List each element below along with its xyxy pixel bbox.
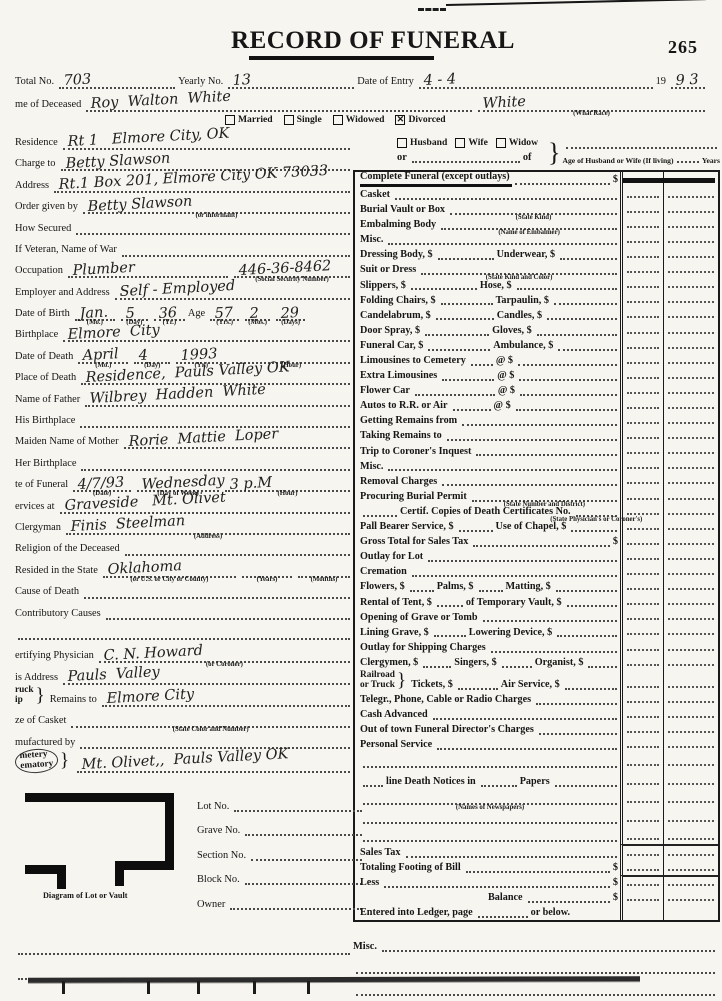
amount-dotted-line	[668, 286, 714, 288]
fill-line: Rt 1 Elmore City, OK	[63, 135, 350, 150]
row-segments: AddressRt.1 Box 201, Elmore City OK 7303…	[15, 178, 353, 193]
dotted-leader: (Name of Embalmer)	[441, 225, 617, 230]
row-segments: ervices atGraveside Mt. Olivet	[15, 499, 353, 514]
dotted-leader	[517, 285, 617, 290]
amount-cents-cell	[663, 534, 718, 549]
row-segments: Flower Car@ $	[360, 386, 620, 398]
row-segments: Flowers, $Palms, $Matting, $	[360, 582, 620, 594]
amount-dotted-line	[668, 701, 714, 703]
printed-label: Suit or Dress	[360, 265, 418, 277]
amount-dotted-line	[668, 838, 714, 840]
dotted-leader	[388, 240, 617, 245]
handwritten-value: 703	[63, 73, 91, 89]
amount-dotted-line	[627, 196, 659, 198]
printed-label: Religion of the Deceased	[15, 544, 122, 556]
amount-cents-cell	[663, 737, 718, 752]
handwritten-value: White	[482, 95, 526, 112]
printed-label: Misc.	[360, 462, 385, 474]
amount-dotted-line	[627, 838, 659, 840]
form-row: ClergymanFinis Steelman(Address)	[15, 514, 353, 535]
fill-line: Rt.1 Box 201, Elmore City OK 73033	[54, 178, 350, 193]
amount-dotted-line	[627, 884, 659, 886]
amount-dotted-line	[627, 482, 659, 484]
dotted-leader	[571, 527, 617, 532]
brace-lines: ruckip	[15, 686, 34, 706]
amount-cents-cell	[663, 398, 718, 413]
amount-dotted-line	[668, 392, 714, 394]
charge-row: Personal Service	[355, 737, 718, 752]
charge-row: Extra Limousines@ $	[355, 368, 718, 383]
form-row: ResidenceRt 1 Elmore City, OK	[15, 129, 353, 150]
amount-dollars-cell	[620, 890, 663, 905]
fill-line: Graveside Mt. Olivet	[60, 499, 350, 514]
amount-dotted-line	[627, 211, 659, 213]
dotted-leader	[566, 144, 717, 149]
form-row: me of DeceasedRoy Walton WhiteWhite(What…	[15, 89, 708, 112]
dotted-leader	[363, 512, 397, 517]
amount-dollars-cell	[620, 428, 663, 443]
dotted-leader	[437, 602, 463, 607]
fill-line: Pauls Valley	[63, 670, 350, 685]
fill-line	[80, 734, 350, 749]
row-segments: Maiden Name of MotherRorie Mattie Loper	[15, 434, 353, 449]
form-row: Resided in the StateOklahoma(or U.S. or …	[15, 556, 353, 577]
row-segments: Taking Remains to	[360, 431, 620, 443]
dotted-leader	[447, 436, 617, 441]
row-segments	[360, 763, 620, 770]
amount-cents-cell	[663, 594, 718, 609]
amount-cents-cell	[663, 639, 718, 654]
printed-label: Outlay for Lot	[360, 552, 425, 564]
row-segments: Her Birthplace	[15, 456, 353, 471]
amount-dotted-line	[668, 377, 714, 379]
fill-line	[106, 605, 350, 620]
fill-line	[81, 456, 350, 471]
amount-dollars-cell	[620, 262, 663, 277]
form-row	[15, 620, 353, 641]
page-title: RECORD OF FUNERAL	[231, 27, 515, 55]
diagram-bottom-right-stub	[115, 870, 124, 886]
checkbox-label: Married	[238, 115, 273, 125]
row-segments: Procuring Burial Permit(State Number and…	[360, 492, 620, 504]
charge-row: Clergymen, $Singers, $Organist, $	[355, 655, 718, 670]
checkbox-wife: Wife	[455, 138, 488, 148]
form-row: ze of Casket(State Color and Number)	[15, 707, 353, 728]
amount-dotted-line	[627, 332, 659, 334]
charge-row: Slippers, $Hose, $	[355, 277, 718, 292]
amount-dotted-line	[627, 764, 659, 766]
row-segments: Suit or Dress(State Kind and Color)	[360, 265, 620, 277]
checkbox-box	[333, 115, 343, 125]
amount-dollars-cell	[620, 722, 663, 737]
dotted-leader	[412, 158, 520, 163]
fill-line: 29(Days)	[276, 306, 305, 321]
charge-row: Pall Bearer Service, $Use of Chapel, $	[355, 519, 718, 534]
amount-dotted-line	[668, 422, 714, 424]
printed-label: Less	[360, 878, 381, 890]
amount-dollars-cell	[620, 383, 663, 398]
dotted-leader	[442, 481, 617, 486]
row-segments: Burial Vault or Box(State Kind)	[360, 205, 620, 217]
form-row: Date of DeathApril(Mo.)4(Day)1993(Yr.)(H…	[15, 342, 353, 363]
misc-line: Misc.	[353, 932, 718, 954]
amount-cents-cell	[663, 549, 718, 564]
dotted-leader	[556, 587, 617, 592]
checkbox-box	[455, 138, 465, 148]
row-segments: Grave No.	[197, 826, 365, 838]
amount-dotted-line	[627, 226, 659, 228]
amount-cents-cell	[663, 770, 718, 789]
printed-label: Flower Car	[360, 386, 412, 398]
amount-cents-cell	[663, 905, 718, 920]
printed-label: Occupation	[15, 266, 65, 278]
fill-line: 3 p.M(Hour)	[225, 477, 350, 492]
dotted-leader	[438, 255, 494, 260]
printed-label: $	[613, 878, 620, 890]
row-segments: mufactured by	[15, 734, 353, 749]
form-row: Block No.	[197, 863, 365, 888]
dotted-leader	[442, 376, 494, 381]
printed-label: Casket	[360, 190, 392, 202]
printed-label: Telegr., Phone, Cable or Radio Charges	[360, 695, 533, 707]
dotted-leader	[519, 376, 617, 381]
amount-dotted-line	[627, 618, 659, 620]
amount-dollars-cell	[620, 534, 663, 549]
dotted-leader	[18, 635, 350, 640]
fill-line: 36(Yr.)	[154, 306, 185, 321]
charge-row: Railroador Truck}Tickets, $Air Service, …	[355, 670, 718, 692]
amount-dotted-line	[627, 437, 659, 439]
printed-label: His Birthplace	[15, 416, 77, 428]
printed-label: Residence	[15, 138, 60, 150]
row-segments: Outlay for Shipping Charges	[360, 643, 620, 655]
amount-dotted-line	[627, 869, 659, 871]
dotted-leader	[363, 837, 617, 842]
printed-label: Folding Chairs, $	[360, 296, 438, 308]
charge-row: Embalming Body(Name of Embalmer)	[355, 217, 718, 232]
amount-dollars-cell	[620, 488, 663, 503]
amount-dollars-cell	[620, 875, 663, 890]
printed-label: Block No.	[197, 875, 242, 887]
dotted-leader	[251, 856, 362, 861]
printed-label: Limousines to Cemetery	[360, 356, 468, 368]
dotted-leader	[428, 346, 490, 351]
amount-cents-cell	[663, 624, 718, 639]
form-row: mufactured by	[15, 728, 353, 749]
printed-label: How Secured	[15, 224, 73, 236]
row-segments: Folding Chairs, $Tarpaulin, $	[360, 296, 620, 308]
amount-dotted-line	[627, 899, 659, 901]
printed-label: Opening of Grave or Tomb	[360, 613, 480, 625]
diagram-bottom-left-stub	[57, 874, 66, 889]
printed-label: Date of Birth	[15, 309, 72, 321]
form-row: Name of FatherWilbrey Hadden White	[15, 385, 353, 406]
amount-dotted-line	[627, 801, 659, 803]
charge-row: Balance$	[355, 890, 718, 905]
printed-label: Cause of Death	[15, 587, 81, 599]
printed-label: Matting, $	[506, 582, 553, 594]
spouse-or-of-line: or of	[397, 151, 546, 165]
amount-dotted-line	[668, 482, 714, 484]
dotted-leader: (State Kind and Color)	[421, 270, 617, 275]
amount-dollars-cell	[620, 655, 663, 670]
dotted-leader	[230, 905, 362, 910]
amount-cents-cell	[663, 722, 718, 737]
printed-label: Extra Limousines	[360, 371, 439, 383]
printed-label: Grave No.	[197, 826, 242, 838]
printed-label: Maiden Name of Mother	[15, 437, 121, 449]
printed-label: @ $	[494, 401, 513, 413]
fill-line: C. N. Howard(or Coroner)	[99, 648, 350, 663]
printed-label: Balance	[488, 893, 525, 905]
amount-cents-cell	[663, 875, 718, 890]
dotted-leader	[677, 158, 699, 163]
dotted-leader	[382, 947, 715, 952]
charge-row: Out of town Funeral Director's Charges	[355, 722, 718, 737]
amount-cents-cell	[663, 707, 718, 722]
fill-line	[76, 220, 350, 235]
dotted-leader	[423, 663, 451, 668]
amount-dollars-cell	[620, 413, 663, 428]
bottom-right-lines: Misc.	[353, 932, 722, 1001]
amount-dollars-cell	[620, 368, 663, 383]
amount-dollars-cell	[620, 692, 663, 707]
form-row: Place of DeathResidence, Pauls Valley OK	[15, 364, 353, 385]
printed-label: te of Funeral	[15, 480, 70, 492]
row-segments: Name of FatherWilbrey Hadden White	[15, 392, 353, 407]
charge-row: Candelabrum, $Candles, $	[355, 307, 718, 322]
handwritten-value: Plumber	[72, 260, 135, 278]
amount-dotted-line	[668, 498, 714, 500]
amount-dotted-line	[668, 407, 714, 409]
dotted-leader	[476, 451, 617, 456]
fill-line: Elmore City	[102, 692, 350, 707]
amount-dollars-cell	[620, 519, 663, 534]
printed-label: $	[613, 175, 620, 187]
charge-row: Cash Advanced	[355, 707, 718, 722]
dotted-leader: (State Number and District)	[472, 497, 617, 502]
printed-label: Rental of Tent, $	[360, 598, 434, 610]
amount-dotted-line	[668, 362, 714, 364]
amount-dollars-cell	[620, 752, 663, 771]
charge-row: Outlay for Shipping Charges	[355, 639, 718, 654]
handwritten-value: 13	[232, 73, 251, 88]
amount-dotted-line	[668, 664, 714, 666]
printed-label: of Temporary Vault, $	[466, 598, 564, 610]
title-underline	[249, 56, 434, 60]
fill-line: (State Color and Number)	[71, 713, 350, 728]
charge-row: Removal Charges	[355, 473, 718, 488]
printed-label: @ $	[497, 371, 516, 383]
printed-label: Name of Father	[15, 395, 82, 407]
dotted-leader	[560, 255, 617, 260]
amount-dotted-line	[668, 558, 714, 560]
form-row: How Secured	[15, 214, 353, 235]
printed-label: Her Birthplace	[15, 459, 78, 471]
checkbox-widowed: Widowed	[333, 115, 385, 125]
form-row: His Birthplace	[15, 407, 353, 428]
charge-row: Totaling Footing of Bill$	[355, 860, 718, 875]
row-segments: Out of town Funeral Director's Charges	[360, 725, 620, 737]
amount-dotted-line	[668, 573, 714, 575]
amount-cents-cell	[663, 262, 718, 277]
printed-label: Contributory Causes	[15, 609, 103, 621]
form-row: is AddressPauls Valley	[15, 663, 353, 684]
blank-line	[15, 932, 353, 957]
row-segments: If Veteran, Name of War	[15, 242, 353, 257]
diagram-right-bar	[165, 793, 174, 870]
spouse-checkboxes: HusbandWifeWidow	[397, 136, 546, 151]
handwritten-value: Betty Slawson	[65, 151, 170, 171]
printed-label: $	[613, 863, 620, 875]
printed-label: Slippers, $	[360, 281, 408, 293]
scanned-funeral-record-page: { "meta": {"title": "RECORD OF FUNERAL",…	[0, 0, 722, 1001]
row-segments: Entered into Ledger, pageor below.	[360, 908, 620, 920]
row-segments: Complete Funeral (except outlays)$	[360, 172, 620, 187]
amount-cents-cell	[663, 202, 718, 217]
printed-label: Funeral Car, $	[360, 341, 425, 353]
printed-label: Employer and Address	[15, 288, 112, 300]
printed-label: is Address	[15, 673, 60, 685]
row-segments: Sales Tax	[360, 848, 620, 860]
amount-dotted-line	[668, 783, 714, 785]
dotted-leader	[479, 587, 503, 592]
amount-dotted-line	[668, 211, 714, 213]
fill-line: Oklahoma(or U.S. or City or County)	[103, 563, 236, 578]
fill-line: 13	[228, 74, 354, 89]
printed-label: Candles, $	[497, 311, 544, 323]
row-segments: Removal Charges	[360, 477, 620, 489]
dotted-leader: (State Physician's or Coroner's)	[576, 512, 617, 517]
handwritten-value: Elmore City	[106, 688, 194, 707]
amount-cents-cell	[663, 579, 718, 594]
charge-row: Certif. Copies of Death Certificates No.…	[355, 504, 718, 519]
sub-label: (What Race)	[573, 111, 610, 118]
checkbox-box	[496, 138, 506, 148]
dotted-leader	[565, 685, 617, 690]
brace-label: meteryematory}	[15, 749, 71, 773]
amount-dollars-cell	[620, 549, 663, 564]
dotted-leader	[502, 663, 532, 668]
spouse-block: HusbandWifeWidow or of } Age of Husband …	[397, 129, 720, 165]
printed-label: Palms, $	[437, 582, 476, 594]
amount-dotted-line	[627, 362, 659, 364]
amount-dotted-line	[668, 437, 714, 439]
amount-cents-cell	[663, 890, 718, 905]
amount-dotted-line	[668, 686, 714, 688]
printed-label: line Death Notices in	[386, 777, 478, 789]
handwritten-value: Self - Employed	[119, 279, 235, 300]
printed-label: Gross Total for Sales Tax	[360, 537, 470, 549]
printed-label: Procuring Burial Permit	[360, 492, 469, 504]
dotted-leader	[520, 391, 617, 396]
dotted-leader	[539, 730, 617, 735]
amount-cents-cell	[663, 413, 718, 428]
amount-dotted-line	[668, 543, 714, 545]
amount-dotted-line	[668, 241, 714, 243]
charge-row: Lining Grave, $Lowering Device, $	[355, 624, 718, 639]
printed-label: Pall Bearer Service, $	[360, 522, 456, 534]
row-segments: Pall Bearer Service, $Use of Chapel, $	[360, 522, 620, 534]
amount-dotted-line	[627, 649, 659, 651]
dotted-leader	[555, 782, 617, 787]
bottom-section: Misc.	[0, 932, 722, 1001]
left-fields: ResidenceRt 1 Elmore City, OKCharge toBe…	[15, 129, 353, 773]
fill-line: 9 3	[671, 74, 705, 89]
printed-label: $	[613, 893, 620, 905]
dotted-leader	[434, 632, 466, 637]
dotted-leader	[356, 991, 715, 996]
row-segments: Extra Limousines@ $	[360, 371, 620, 383]
printed-label: Out of town Funeral Director's Charges	[360, 725, 536, 737]
dotted-leader	[406, 853, 618, 858]
charge-row: Folding Chairs, $Tarpaulin, $	[355, 292, 718, 307]
printed-label: Total No.	[15, 77, 56, 89]
charge-row: Funeral Car, $Ambulance, $	[355, 338, 718, 353]
fill-line: 703	[59, 74, 175, 89]
charge-row: Rental of Tent, $of Temporary Vault, $	[355, 594, 718, 609]
handwritten-value: 3 p.M	[229, 475, 272, 492]
fill-line: Residence, Pauls Valley OK	[81, 370, 350, 385]
amount-dotted-line	[668, 603, 714, 605]
row-segments: How Secured	[15, 220, 353, 235]
amount-dollars-cell	[620, 247, 663, 262]
dotted-leader	[437, 745, 617, 750]
charge-row: Gross Total for Sales Tax$	[355, 534, 718, 549]
charge-row: Flowers, $Palms, $Matting, $	[355, 579, 718, 594]
checkbox-husband: Husband	[397, 138, 447, 148]
fill-line: 1993(Yr.)	[176, 349, 226, 364]
brace-glyph: }	[397, 670, 406, 692]
form-row: Employer and AddressSelf - Employed	[15, 278, 353, 299]
row-segments: Totaling Footing of Bill$	[360, 863, 620, 875]
scan-artifact-tick	[147, 981, 150, 994]
amount-cents-cell	[663, 826, 718, 845]
spouse-right: Age of Husband or Wife (If living) Years	[563, 136, 720, 165]
fill-line	[125, 541, 350, 556]
diagram-bottom-right-bar	[115, 861, 174, 870]
row-segments: Railroador Truck}Tickets, $Air Service, …	[360, 670, 620, 692]
amount-dollars-cell	[620, 353, 663, 368]
row-segments: Section No.	[197, 851, 365, 863]
amount-dollars-cell	[620, 737, 663, 752]
printed-label: Address	[15, 181, 51, 193]
charge-row: Getting Remains from	[355, 413, 718, 428]
form-row: Date of BirthJan.(Mo.)5(Day)36(Yr.)Age57…	[15, 300, 353, 321]
amount-dotted-line	[627, 603, 659, 605]
handwritten-value: Pauls Valley	[67, 665, 160, 684]
amount-dotted-line	[627, 746, 659, 748]
top-fields: Total No.703Yearly No.13Date of Entry4 -…	[0, 60, 722, 112]
printed-label: ervices at	[15, 502, 57, 514]
handwritten-value: Finis Steelman	[70, 514, 185, 534]
dotted-leader	[441, 300, 493, 305]
printed-label: Date of Entry	[357, 77, 416, 89]
form-row: ruckip}Remains toElmore City	[15, 685, 353, 707]
form-row: ervices atGraveside Mt. Olivet	[15, 492, 353, 513]
amount-dotted-line	[668, 716, 714, 718]
printed-label: Lot No.	[197, 802, 231, 814]
fill-line: Jan.(Mo.)	[75, 306, 115, 321]
row-segments: Telegr., Phone, Cable or Radio Charges	[360, 695, 620, 707]
printed-label: Entered into Ledger, page	[360, 908, 475, 920]
lot-fields: Lot No.Grave No.Section No.Block No.Owne…	[197, 777, 353, 912]
row-segments: Owner	[197, 900, 365, 912]
amount-dollars-cell	[620, 217, 663, 232]
fill-line: Finis Steelman(Address)	[66, 520, 350, 535]
row-segments: Resided in the StateOklahoma(or U.S. or …	[15, 563, 353, 578]
amount-dotted-line	[627, 528, 659, 530]
